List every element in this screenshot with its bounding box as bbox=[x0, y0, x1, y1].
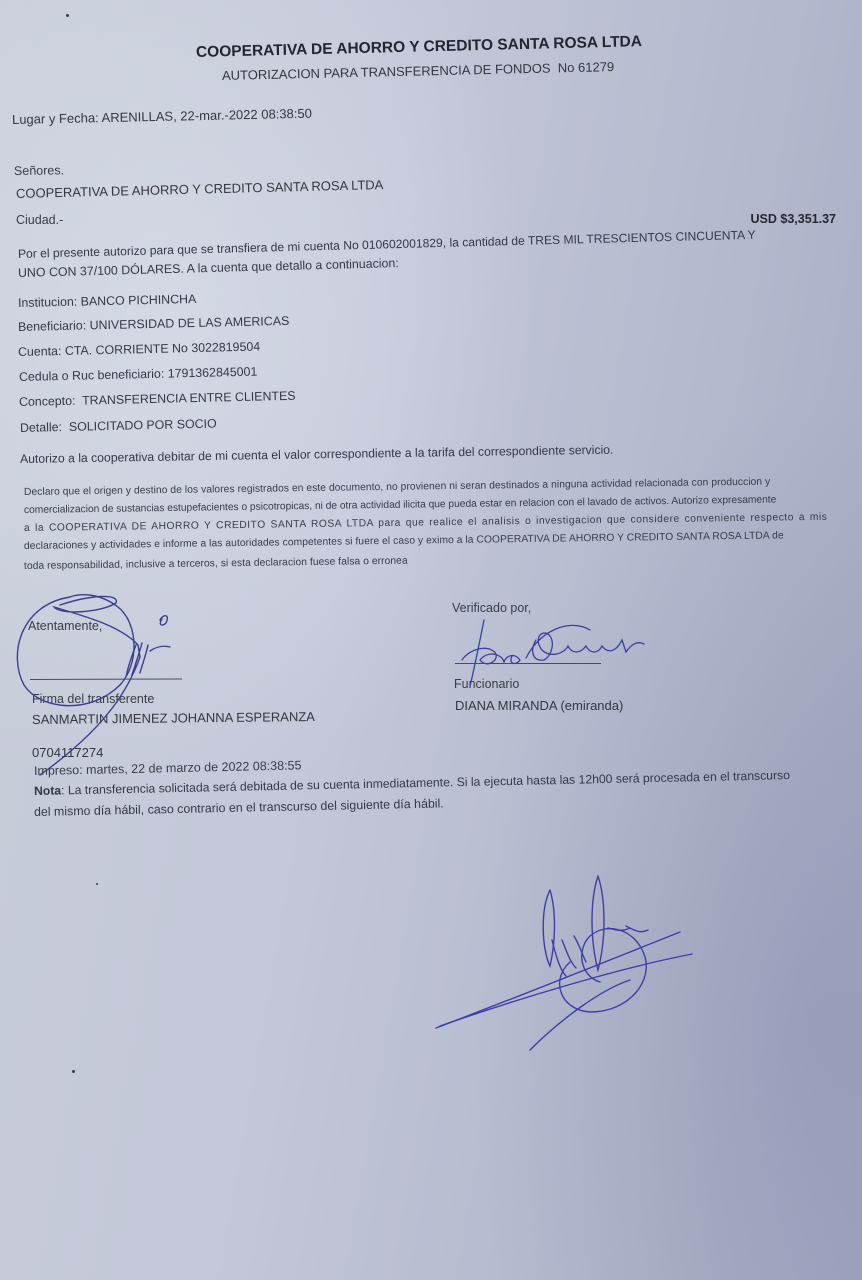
sender-handwritten-signature bbox=[0, 585, 200, 775]
detail-detalle: Detalle: SOLICITADO POR SOCIO bbox=[20, 417, 217, 435]
detail-value: BANCO PICHINCHA bbox=[81, 292, 197, 309]
detail-value: TRANSFERENCIA ENTRE CLIENTES bbox=[82, 389, 296, 408]
detail-beneficiary: Beneficiario: UNIVERSIDAD DE LAS AMERICA… bbox=[18, 314, 290, 334]
large-handwritten-signature bbox=[430, 870, 700, 1040]
note-line-2: del mismo día hábil, caso contrario en e… bbox=[34, 796, 444, 819]
detail-label: Beneficiario: bbox=[18, 318, 86, 334]
note-label: Nota bbox=[34, 783, 61, 798]
transfer-amount: USD $3,351.37 bbox=[751, 212, 836, 226]
detail-account: Cuenta: CTA. CORRIENTE No 3022819504 bbox=[18, 340, 260, 359]
detail-value: UNIVERSIDAD DE LAS AMERICAS bbox=[89, 314, 289, 333]
detail-concept: Concepto: TRANSFERENCIA ENTRE CLIENTES bbox=[19, 389, 296, 409]
paper-speck bbox=[66, 14, 69, 17]
salutation: Señores. bbox=[14, 163, 64, 178]
declaration-line: declaraciones y actividades e informe a … bbox=[24, 530, 784, 552]
paper-speck bbox=[96, 883, 98, 885]
fee-authorization: Autorizo a la cooperativa debitar de mi … bbox=[20, 443, 614, 466]
detail-label: Cuenta: bbox=[18, 344, 62, 359]
institution-title: COOPERATIVA DE AHORRO Y CREDITO SANTA RO… bbox=[196, 33, 642, 62]
scanned-transfer-authorization: COOPERATIVA DE AHORRO Y CREDITO SANTA RO… bbox=[0, 0, 862, 1280]
declaration-line: Declaro que el origen y destino de los v… bbox=[24, 477, 770, 498]
paper-speck bbox=[72, 1070, 75, 1073]
detail-label: Cedula o Ruc beneficiario: bbox=[19, 367, 165, 384]
form-title-row: AUTORIZACION PARA TRANSFERENCIA DE FONDO… bbox=[222, 59, 615, 83]
authorization-line-2: UNO CON 37/100 DÓLARES. A la cuenta que … bbox=[18, 256, 399, 280]
addressee: COOPERATIVA DE AHORRO Y CREDITO SANTA RO… bbox=[16, 177, 384, 201]
declaration-line: comercializacion de sustancias estupefac… bbox=[24, 494, 776, 516]
form-title: AUTORIZACION PARA TRANSFERENCIA DE FONDO… bbox=[222, 61, 551, 83]
detail-value: SOLICITADO POR SOCIO bbox=[69, 417, 217, 434]
city: Ciudad.- bbox=[16, 213, 63, 227]
detail-value: CTA. CORRIENTE No 3022819504 bbox=[65, 340, 261, 358]
verifier-handwritten-signature bbox=[440, 610, 660, 690]
officer-name: DIANA MIRANDA (emiranda) bbox=[455, 698, 623, 713]
form-number: No 61279 bbox=[558, 59, 615, 75]
detail-label: Concepto: bbox=[19, 394, 76, 409]
detail-value: 1791362845001 bbox=[168, 365, 258, 381]
detail-label: Institucion: bbox=[18, 295, 78, 310]
declaration-line: toda responsabilidad, inclusive a tercer… bbox=[24, 556, 408, 572]
detail-label: Detalle: bbox=[20, 420, 62, 435]
detail-ruc: Cedula o Ruc beneficiario: 1791362845001 bbox=[19, 365, 258, 384]
detail-institution: Institucion: BANCO PICHINCHA bbox=[18, 292, 197, 310]
place-date: Lugar y Fecha: ARENILLAS, 22-mar.-2022 0… bbox=[12, 106, 312, 127]
